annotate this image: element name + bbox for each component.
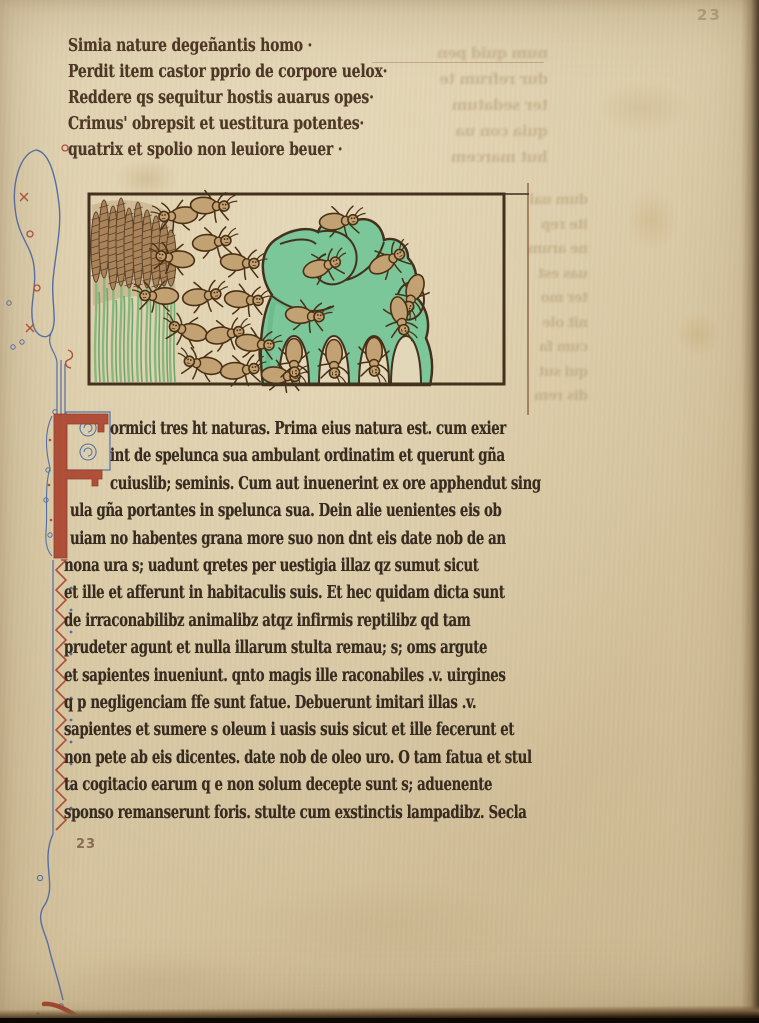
text-line: Crimus' obrepsit et uestitura potentes· bbox=[68, 111, 387, 137]
parchment-page: 23 num quid pendur refrum teter sedatumq… bbox=[0, 0, 759, 1016]
background-below-page bbox=[0, 1018, 759, 1023]
text-line: nona ura s; uadunt qretes per uestigia i… bbox=[64, 553, 532, 580]
text-line: quatrix et spolio non leuiore beuer · bbox=[68, 137, 387, 163]
text-line: ne arum bbox=[506, 237, 588, 262]
margin-penwork-tail bbox=[20, 830, 100, 1023]
text-line: Reddere qs sequitur hostis auarus opes· bbox=[68, 85, 387, 111]
wheat-ear bbox=[99, 200, 109, 278]
text-line: int de spelunca sua ambulant ordinatim e… bbox=[110, 443, 543, 470]
showthrough-text-right: dum ualite repne arumuas estter monit ol… bbox=[506, 188, 588, 409]
text-line: de irraconabilibz animalibz atqz infirmi… bbox=[64, 608, 532, 635]
parchment-stain bbox=[625, 188, 679, 252]
text-line: Perdit item castor pprio de corpore uelo… bbox=[68, 59, 387, 85]
text-line: ter mo bbox=[506, 286, 588, 311]
text-line: q p negligenciam ffe sunt fatue. Debueru… bbox=[64, 690, 532, 717]
text-line: cum fa bbox=[506, 335, 588, 360]
text-line: non pete ab eis dicentes. date nob de ol… bbox=[64, 745, 532, 772]
text-line: sponso remanserunt foris. stulte cum exs… bbox=[64, 800, 532, 827]
page-edge-right bbox=[741, 0, 759, 1016]
text-line: nit ole bbox=[506, 311, 588, 336]
text-line: dum ual bbox=[506, 188, 588, 213]
text-line: uiam no habentes grana more suo non dnt … bbox=[70, 526, 533, 553]
main-text-block: ormici tres ht naturas. Prima eius natur… bbox=[64, 416, 679, 827]
parchment-stain bbox=[676, 312, 720, 356]
text-line: prudeter agunt et nulla illarum stulta r… bbox=[64, 635, 532, 662]
text-line: Simia nature degeñantis homo · bbox=[68, 33, 387, 59]
text-line: sapientes et sumere s oleum i uasis suis… bbox=[64, 717, 532, 744]
ants-miniature bbox=[86, 191, 508, 389]
parchment-stain bbox=[595, 82, 691, 134]
ant bbox=[158, 309, 211, 351]
text-line: uas est bbox=[506, 262, 588, 287]
text-line: et ille et afferunt in habitaculis suis.… bbox=[64, 580, 532, 607]
text-line: ta cogitacio earum q e non solum decepte… bbox=[64, 772, 532, 799]
text-line: et sapientes inueniunt. qnto magis ille … bbox=[64, 663, 532, 690]
verse-block: Simia nature degeñantis homo ·Perdit ite… bbox=[68, 33, 467, 163]
ant bbox=[181, 278, 231, 315]
folio-number-top: 23 bbox=[697, 6, 722, 24]
margin-penwork-upper bbox=[0, 140, 90, 430]
text-line: cuiuslib; seminis. Cum aut inuenerint ex… bbox=[110, 471, 543, 498]
text-line: ite rep bbox=[506, 213, 588, 238]
ant bbox=[219, 246, 268, 281]
text-line: ula gña portantes in spelunca sua. Dein … bbox=[70, 498, 533, 525]
ruling-line-vertical bbox=[527, 183, 529, 415]
text-line: qui sut bbox=[506, 360, 588, 385]
text-line: ormici tres ht naturas. Prima eius natur… bbox=[110, 416, 543, 443]
manuscript-photo: { "page": { "kind": "medieval bestiary m… bbox=[0, 0, 759, 1023]
folio-number-bottom: 23 bbox=[76, 837, 96, 852]
ant bbox=[173, 344, 225, 384]
text-line: dis rem bbox=[506, 384, 588, 409]
parchment-stain bbox=[240, 880, 540, 970]
